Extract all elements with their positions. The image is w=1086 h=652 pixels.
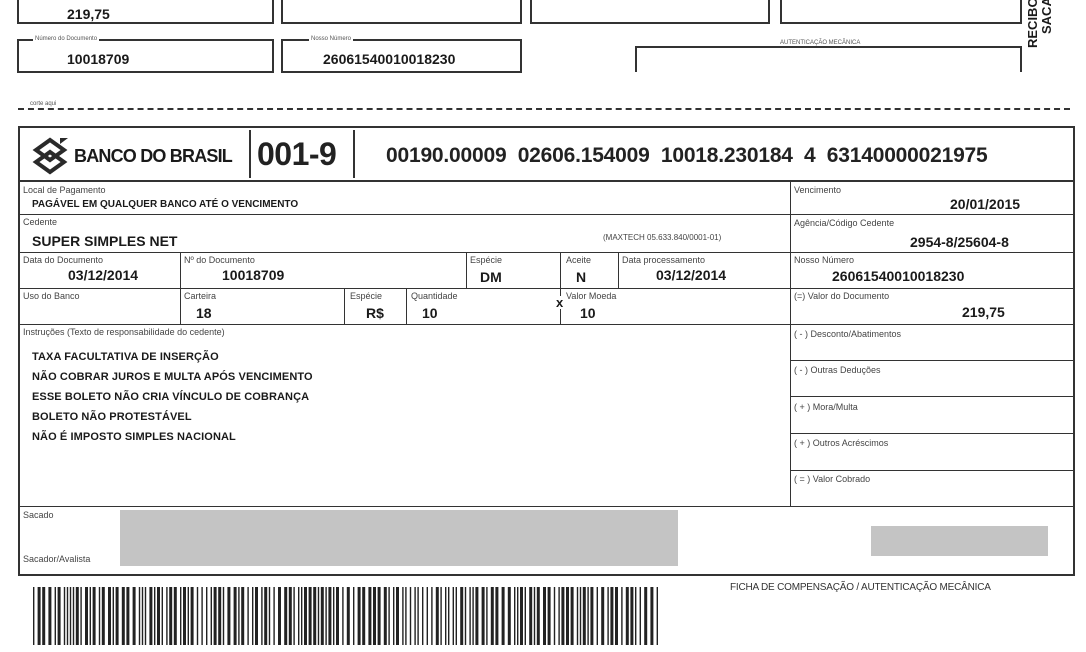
side-label-line-2: SACADO [1040, 0, 1054, 48]
valor-cobrado-label: ( = ) Valor Cobrado [794, 474, 870, 484]
especie-doc-label: Espécie [470, 255, 502, 265]
receipt-nosso-numero-value: 26061540010018230 [323, 51, 455, 67]
sacado-redacted [120, 510, 678, 566]
instrucao-line: BOLETO NÃO PROTESTÁVEL [32, 407, 313, 427]
receipt-numero-documento-value: 10018709 [67, 51, 129, 67]
data-processamento-value: 03/12/2014 [656, 267, 726, 283]
cedente-value: SUPER SIMPLES NET [32, 233, 177, 249]
mora-label: ( + ) Mora/Multa [794, 402, 858, 412]
receipt-box-4 [780, 0, 1022, 24]
uso-banco-label: Uso do Banco [23, 291, 80, 301]
sacador-label: Sacador/Avalista [23, 554, 90, 564]
carteira-value: 18 [196, 305, 212, 321]
especie-doc-value: DM [480, 269, 502, 285]
receipt-valor-value: 219,75 [67, 6, 110, 22]
cut-label: corte aqui [28, 101, 58, 107]
receipt-box-3 [530, 0, 770, 24]
outros-acrescimos-label: ( + ) Outros Acréscimos [794, 438, 888, 448]
cut-line [18, 108, 1070, 110]
carteira-label: Carteira [184, 291, 216, 301]
autenticacao-label: AUTENTICAÇÃO MECÂNICA [778, 40, 862, 46]
aceite-value: N [576, 269, 586, 285]
boleto-header: BANCO DO BRASIL 001-9 00190.00009 02606.… [20, 128, 1073, 182]
receipt-box-2 [281, 0, 522, 24]
data-processamento-label: Data processamento [622, 255, 705, 265]
receipt-side-label: RECIBO DO SACADO [1026, 0, 1086, 50]
instrucoes-list: TAXA FACULTATIVA DE INSERÇÃO NÃO COBRAR … [32, 347, 313, 447]
x-mark: x [556, 296, 563, 309]
instrucao-line: NÃO COBRAR JUROS E MULTA APÓS VENCIMENTO [32, 367, 313, 387]
bank-code: 001-9 [257, 136, 336, 173]
barcode[interactable] [33, 587, 659, 645]
outras-deducoes-label: ( - ) Outras Deduções [794, 365, 881, 375]
ficha-compensacao-label: FICHA DE COMPENSAÇÃO / AUTENTICAÇÃO MECÂ… [730, 582, 991, 593]
nosso-numero-label: Nosso Número [794, 255, 854, 265]
instrucao-line: ESSE BOLETO NÃO CRIA VÍNCULO DE COBRANÇA [32, 387, 313, 407]
instrucoes-label: Instruções (Texto de responsabilidade do… [23, 327, 225, 337]
quantidade-label: Quantidade [411, 291, 458, 301]
data-documento-value: 03/12/2014 [68, 267, 138, 283]
valor-moeda-value: 10 [580, 305, 596, 321]
receipt-nosso-numero-box: Nosso Número 26061540010018230 [281, 39, 522, 73]
valor-moeda-label: Valor Moeda [566, 291, 616, 301]
local-pagamento-value: PAGÁVEL EM QUALQUER BANCO ATÉ O VENCIMEN… [32, 199, 298, 210]
quantidade-value: 10 [422, 305, 438, 321]
cedente-extra: (MAXTECH 05.633.840/0001-01) [603, 233, 721, 242]
cedente-label: Cedente [23, 217, 57, 227]
bank-logo: BANCO DO BRASIL [30, 136, 250, 176]
aceite-label: Aceite [566, 255, 591, 265]
bank-name: BANCO DO BRASIL [74, 146, 232, 167]
valor-documento-value: 219,75 [962, 304, 1005, 320]
especie-value: R$ [366, 305, 384, 321]
desconto-label: ( - ) Desconto/Abatimentos [794, 329, 901, 339]
agencia-label: Agência/Código Cedente [794, 218, 894, 228]
linha-digitavel[interactable]: 00190.00009 02606.154009 10018.230184 4 … [386, 144, 988, 168]
autenticacao-bracket [635, 46, 1022, 72]
agencia-value: 2954-8/25604-8 [910, 234, 1009, 250]
side-label-line-1: RECIBO DO [1026, 0, 1040, 48]
sacado-label: Sacado [23, 510, 54, 520]
vencimento-label: Vencimento [794, 185, 841, 195]
data-documento-label: Data do Documento [23, 255, 103, 265]
barcode-icon [33, 587, 659, 645]
receipt-numero-documento-box: Número do Documento 10018709 [17, 39, 274, 73]
especie-label: Espécie [350, 291, 382, 301]
receipt-nosso-numero-label: Nosso Número [309, 36, 353, 42]
sacado-code-redacted [871, 526, 1048, 556]
boleto-form: BANCO DO BRASIL 001-9 00190.00009 02606.… [18, 126, 1075, 576]
valor-documento-label: (=) Valor do Documento [794, 291, 889, 301]
banco-do-brasil-logo-icon [30, 136, 72, 176]
vencimento-value: 20/01/2015 [950, 196, 1020, 212]
num-documento-value: 10018709 [222, 267, 284, 283]
receipt-valor-box: 219,75 [17, 0, 274, 24]
receipt-numero-documento-label: Número do Documento [33, 36, 99, 42]
instrucao-line: NÃO É IMPOSTO SIMPLES NACIONAL [32, 427, 313, 447]
nosso-numero-value: 26061540010018230 [832, 268, 964, 284]
num-documento-label: Nº do Documento [184, 255, 255, 265]
instrucao-line: TAXA FACULTATIVA DE INSERÇÃO [32, 347, 313, 367]
local-pagamento-label: Local de Pagamento [23, 185, 106, 195]
